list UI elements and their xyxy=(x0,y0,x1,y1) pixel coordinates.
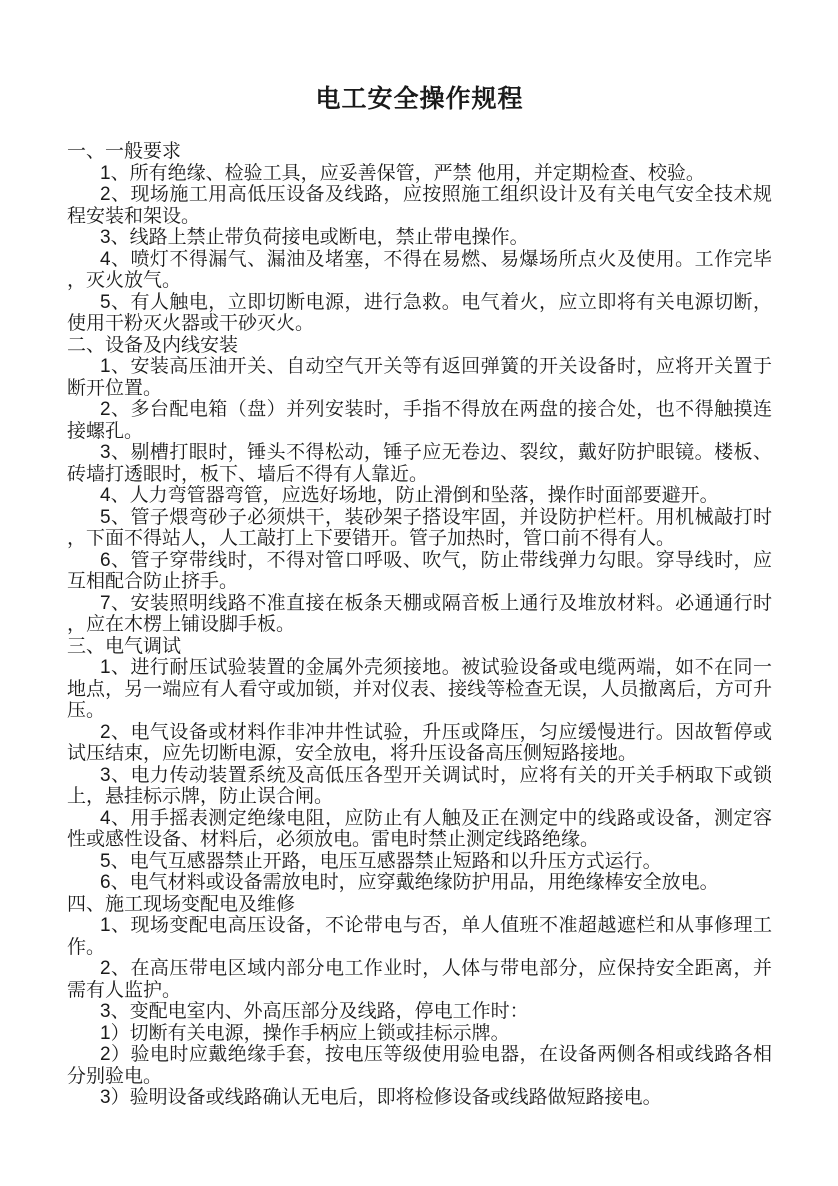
doc-paragraph: 1）切断有关电源，操作手柄应上锁或挂标示牌。 xyxy=(67,1023,772,1045)
doc-paragraph: 4、用手摇表测定绝缘电阻，应防止有人触及正在测定中的线路或设备，测定容性或感性设… xyxy=(67,808,772,851)
section-heading: 三、电气调试 xyxy=(67,636,772,658)
doc-paragraph: 6、管子穿带线时，不得对管口呼吸、吹气，防止带线弹力勾眼。穿导线时，应互相配合防… xyxy=(67,550,772,593)
doc-paragraph: 3、剔槽打眼时，锤头不得松动，锤子应无卷边、裂纹，戴好防护眼镜。楼板、砖墙打透眼… xyxy=(67,442,772,485)
doc-paragraph: 5、电气互感器禁止开路，电压互感器禁止短路和以升压方式运行。 xyxy=(67,851,772,873)
doc-paragraph: 5、有人触电，立即切断电源，进行急救。电气着火，应立即将有关电源切断，使用干粉灭… xyxy=(67,292,772,335)
section-heading: 二、设备及内线安装 xyxy=(67,335,772,357)
doc-paragraph: 3、变配电室内、外高压部分及线路，停电工作时： xyxy=(67,1001,772,1023)
doc-paragraph: 5、管子煨弯砂子必须烘干，装砂架子搭设牢固，并设防护栏杆。用机械敲打时，下面不得… xyxy=(67,507,772,550)
doc-paragraph: 2）验电时应戴绝缘手套，按电压等级使用验电器，在设备两侧各相或线路各相分别验电。 xyxy=(67,1044,772,1087)
doc-paragraph: 6、电气材料或设备需放电时，应穿戴绝缘防护用品，用绝缘棒安全放电。 xyxy=(67,872,772,894)
doc-paragraph: 2、电气设备或材料作非冲井性试验，升压或降压，匀应缓慢进行。因故暂停或试压结束，… xyxy=(67,722,772,765)
doc-paragraph: 1、现场变配电高压设备，不论带电与否，单人值班不准超越遮栏和从事修理工作。 xyxy=(67,915,772,958)
section-equipment-inner-wiring-installation: 二、设备及内线安装 1、安装高压油开关、自动空气开关等有返回弹簧的开关设备时，应… xyxy=(67,335,772,636)
doc-paragraph: 4、喷灯不得漏气、漏油及堵塞，不得在易燃、易爆场所点火及使用。工作完毕，灭火放气… xyxy=(67,249,772,292)
doc-paragraph: 3）验明设备或线路确认无电后，即将检修设备或线路做短路接电。 xyxy=(67,1087,772,1109)
doc-paragraph: 2、在高压带电区域内部分电工作业时，人体与带电部分，应保持安全距离，并需有人监护… xyxy=(67,958,772,1001)
section-general-requirements: 一、一般要求 1、所有绝缘、检验工具，应妥善保管，严禁 他用，并定期检查、校验。… xyxy=(67,141,772,335)
doc-paragraph: 1、所有绝缘、检验工具，应妥善保管，严禁 他用，并定期检查、校验。 xyxy=(67,163,772,185)
section-site-power-distribution-maintenance: 四、施工现场变配电及维修 1、现场变配电高压设备，不论带电与否，单人值班不准超越… xyxy=(67,894,772,1109)
section-heading: 四、施工现场变配电及维修 xyxy=(67,894,772,916)
doc-paragraph: 4、人力弯管器弯管，应选好场地，防止滑倒和坠落，操作时面部要避开。 xyxy=(67,485,772,507)
doc-paragraph: 3、电力传动装置系统及高低压各型开关调试时，应将有关的开关手柄取下或锁上，悬挂标… xyxy=(67,765,772,808)
document-page: 电工安全操作规程 一、一般要求 1、所有绝缘、检验工具，应妥善保管，严禁 他用，… xyxy=(0,0,838,1186)
section-electrical-commissioning: 三、电气调试 1、进行耐压试验装置的金属外壳须接地。被试验设备或电缆两端，如不在… xyxy=(67,636,772,894)
doc-paragraph: 2、多台配电箱（盘）并列安装时，手指不得放在两盘的接合处，也不得触摸连接螺孔。 xyxy=(67,399,772,442)
document-title: 电工安全操作规程 xyxy=(67,85,772,114)
doc-paragraph: 1、安装高压油开关、自动空气开关等有返回弹簧的开关设备时，应将开关置于断开位置。 xyxy=(67,356,772,399)
doc-paragraph: 1、进行耐压试验装置的金属外壳须接地。被试验设备或电缆两端，如不在同一地点，另一… xyxy=(67,657,772,722)
section-heading: 一、一般要求 xyxy=(67,141,772,163)
doc-paragraph: 7、安装照明线路不准直接在板条天棚或隔音板上通行及堆放材料。必通通行时，应在木楞… xyxy=(67,593,772,636)
doc-paragraph: 3、线路上禁止带负荷接电或断电，禁止带电操作。 xyxy=(67,227,772,249)
doc-paragraph: 2、现场施工用高低压设备及线路，应按照施工组织设计及有关电气安全技术规程安装和架… xyxy=(67,184,772,227)
